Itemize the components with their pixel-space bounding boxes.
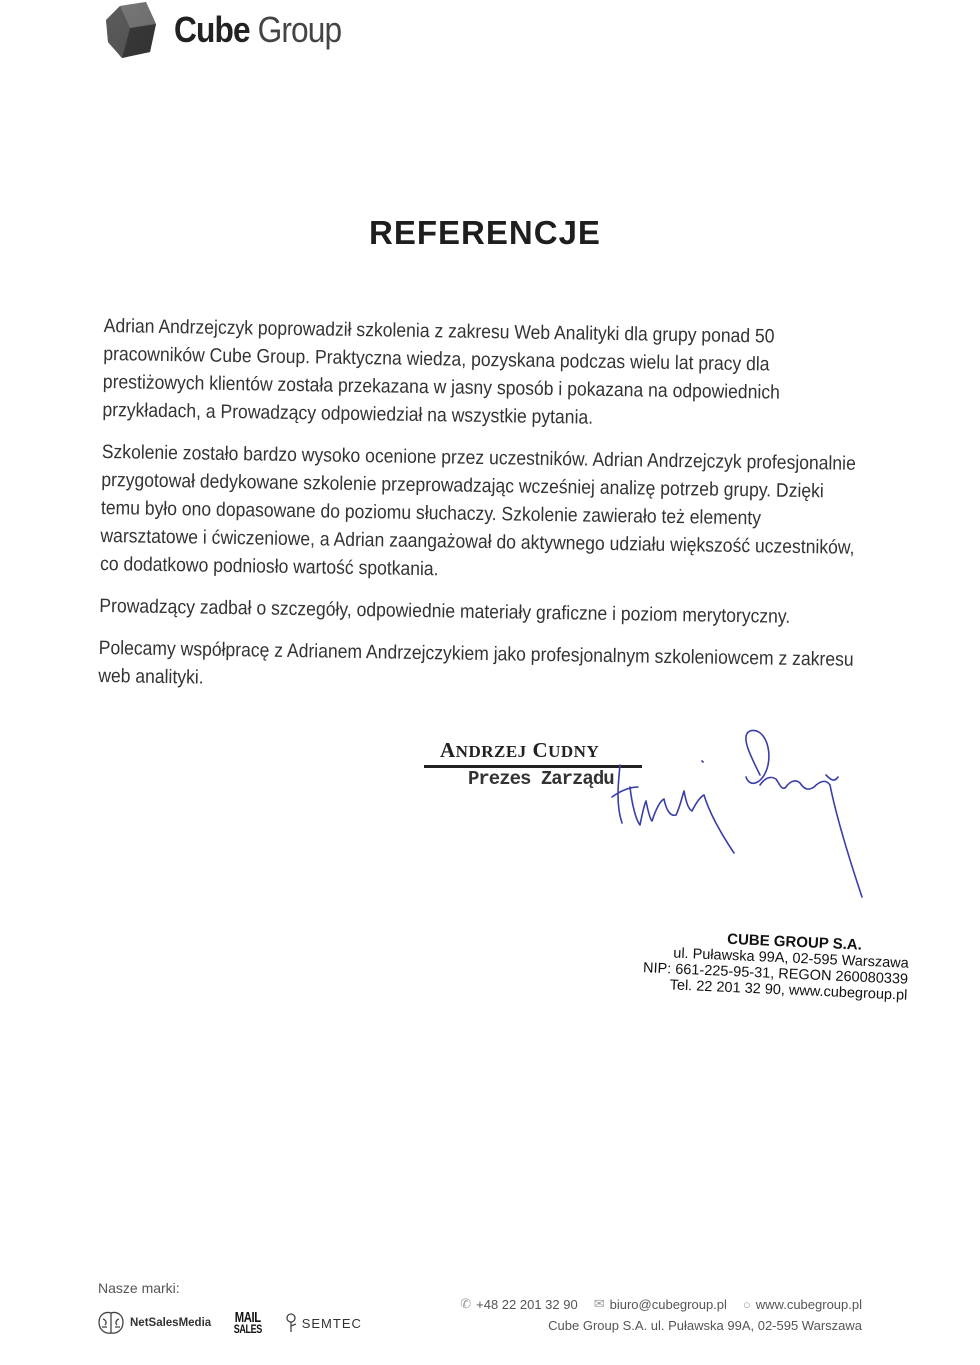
logo-light-text: Group [258, 9, 342, 50]
footer-address: Cube Group S.A. ul. Puławska 99A, 02-595… [420, 1318, 862, 1333]
brand-mailsales: MAIL SALES [229, 1311, 267, 1335]
brain-icon [97, 1310, 125, 1336]
surname-initial: C [532, 738, 548, 762]
paragraph-4: Polecamy współpracę z Adrianem Andrzejcz… [98, 634, 855, 702]
email-item[interactable]: ✉ biuro@cubegroup.pl [594, 1296, 727, 1312]
phone-item: ✆ +48 22 201 32 90 [460, 1296, 577, 1312]
page-title: REFERENCJE [0, 214, 970, 252]
logo-wordmark: Cube Group [174, 9, 341, 51]
email-text[interactable]: biuro@cubegroup.pl [610, 1297, 727, 1312]
website-item[interactable]: ○ www.cubegroup.pl [743, 1297, 862, 1312]
mailsales-logo: MAIL SALES [234, 1311, 262, 1335]
logo-bold-text: Cube [174, 9, 250, 50]
semtec-icon [285, 1312, 299, 1334]
name-rest: NDRZEJ [456, 742, 527, 761]
brands-list: NetSalesMedia MAIL SALES SEMTEC [97, 1310, 380, 1336]
surname-rest: UDNY [548, 742, 599, 761]
envelope-icon: ✉ [594, 1296, 605, 1312]
contact-row: ✆ +48 22 201 32 90 ✉ biuro@cubegroup.pl … [420, 1296, 862, 1312]
paragraph-2: Szkolenie zostało bardzo wysoko ocenione… [100, 438, 858, 590]
company-logo: Cube Group [106, 2, 364, 58]
paragraph-1: Adrian Andrzejczyk poprowadził szkolenia… [102, 312, 860, 436]
website-text[interactable]: www.cubegroup.pl [756, 1297, 862, 1312]
phone-icon: ✆ [460, 1296, 471, 1312]
brands-label: Nasze marki: [98, 1280, 180, 1296]
cube-logo-icon [106, 2, 156, 58]
paragraph-3: Prowadzący zadbał o szczegóły, odpowiedn… [99, 592, 855, 632]
brand-name: SEMTEC [302, 1316, 362, 1331]
footer-contact: ✆ +48 22 201 32 90 ✉ biuro@cubegroup.pl … [420, 1296, 862, 1333]
brand-semtec: SEMTEC [285, 1312, 362, 1334]
name-initial: A [440, 738, 456, 762]
globe-icon: ○ [743, 1297, 751, 1312]
brand-name: NetSalesMedia [130, 1317, 211, 1329]
handwritten-signature [600, 725, 880, 905]
mailsales-line2: SALES [234, 1324, 262, 1335]
letter-body: Adrian Andrzejczyk poprowadził szkolenia… [98, 312, 864, 716]
company-stamp: CUBE GROUP S.A. ul. Puławska 99A, 02-595… [637, 928, 910, 1004]
phone-text: +48 22 201 32 90 [476, 1297, 578, 1312]
brand-netsalesmedia: NetSalesMedia [97, 1310, 211, 1336]
